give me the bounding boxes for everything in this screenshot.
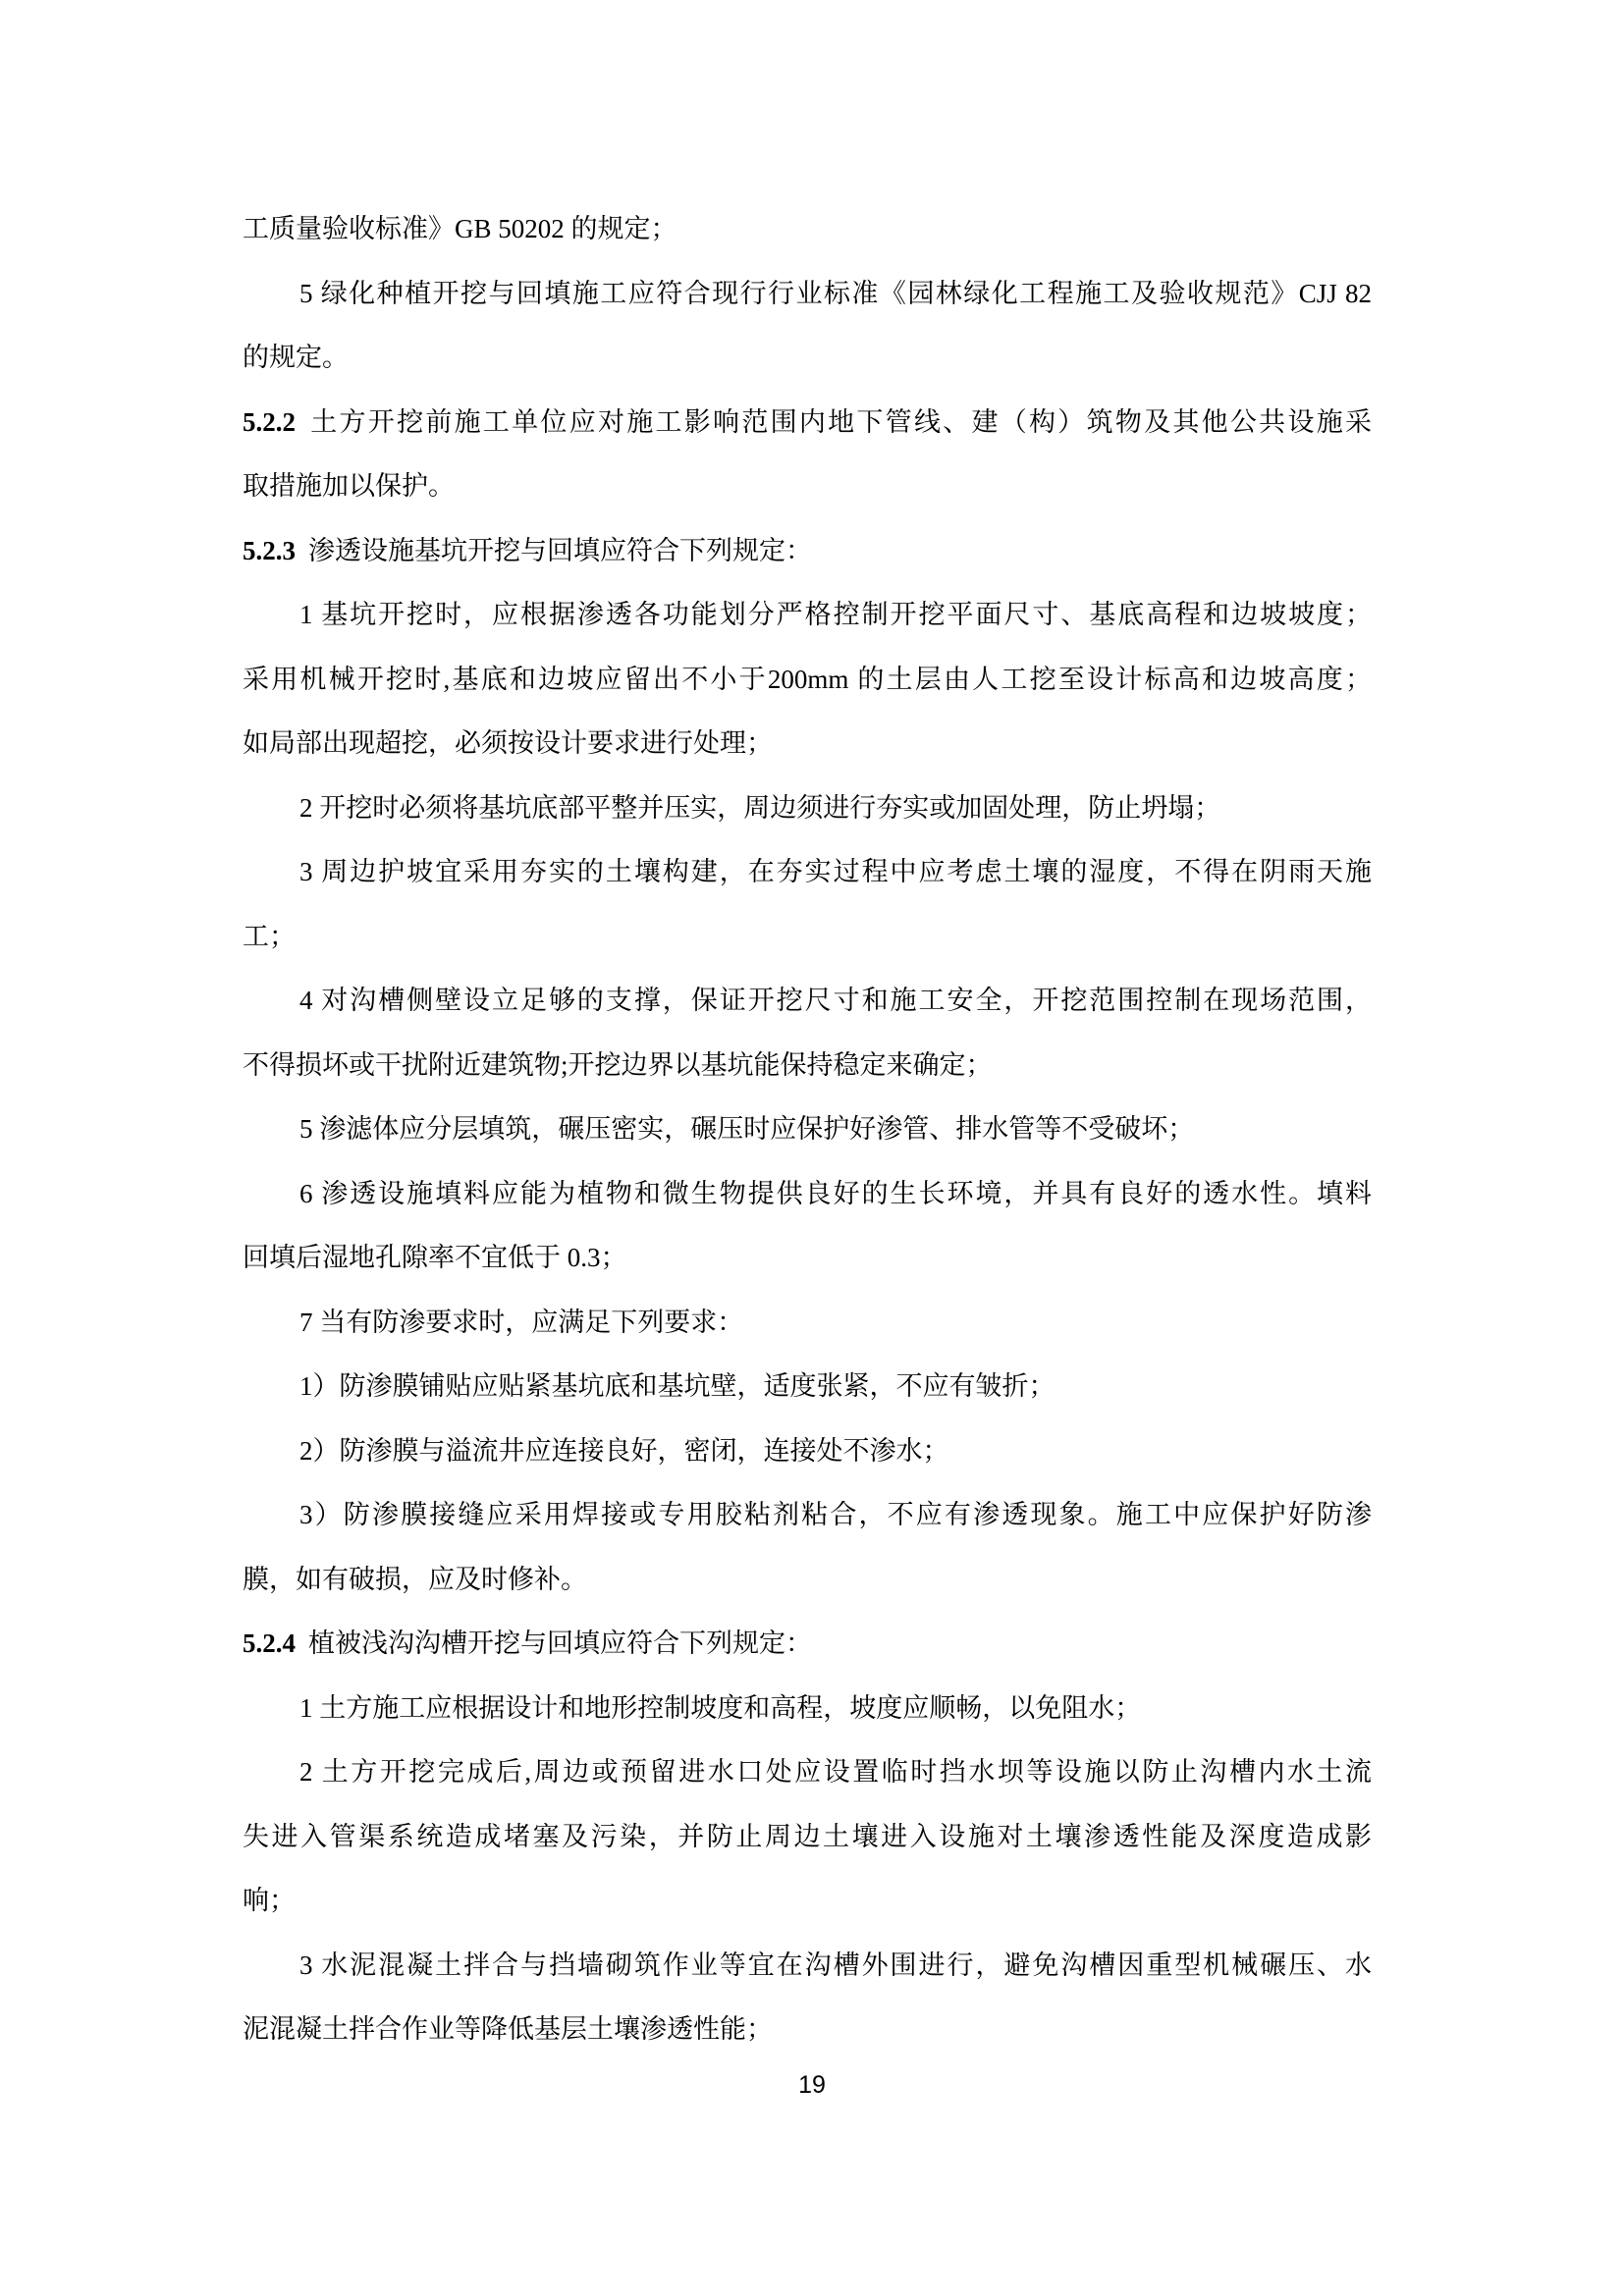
clause-number: 5.2.4 <box>243 1629 296 1658</box>
text-line-9: 如局部出现超挖，必须按设计要求进行处理； <box>243 712 1372 776</box>
text-line-1: 工质量验收标准》GB 50202 的规定； <box>243 197 1372 262</box>
text-line-7: 1 基坑开挖时，应根据渗透各功能划分严格控制开挖平面尺寸、基底高程和边坡坡度； <box>243 583 1372 648</box>
document-page: 工质量验收标准》GB 50202 的规定；5 绿化种植开挖与回填施工应符合现行行… <box>0 0 1624 2296</box>
text-line-16: 6 渗透设施填料应能为植物和微生物提供良好的生长环境，并具有良好的透水性。填料 <box>243 1162 1372 1227</box>
text-line-10: 2 开挖时必须将基坑底部平整并压实，周边须进行夯实或加固处理，防止坍塌； <box>243 776 1372 841</box>
text-line-29: 泥混凝土拌合作业等降低基层土壤渗透性能； <box>243 1998 1372 2062</box>
text-line-15: 5 渗滤体应分层填筑，碾压密实，碾压时应保护好渗管、排水管等不受破坏； <box>243 1097 1372 1162</box>
text-line-27: 响； <box>243 1869 1372 1934</box>
text-line-17: 回填后湿地孔隙率不宜低于 0.3； <box>243 1226 1372 1291</box>
clause-text: 渗透设施基坑开挖与回填应符合下列规定： <box>308 536 812 565</box>
text-line-6: 5.2.3渗透设施基坑开挖与回填应符合下列规定： <box>243 519 1372 584</box>
text-line-19: 1）防渗膜铺贴应贴紧基坑底和基坑壁，适度张紧，不应有皱折； <box>243 1355 1372 1419</box>
text-line-24: 1 土方施工应根据设计和地形控制坡度和高程，坡度应顺畅，以免阻水； <box>243 1677 1372 1741</box>
text-line-8: 采用机械开挖时,基底和边坡应留出不小于200mm 的土层由人工挖至设计标高和边坡… <box>243 648 1372 713</box>
text-line-5: 取措施加以保护。 <box>243 454 1372 519</box>
text-line-20: 2）防渗膜与溢流井应连接良好，密闭，连接处不渗水； <box>243 1419 1372 1484</box>
text-line-3: 的规定。 <box>243 326 1372 391</box>
document-body: 工质量验收标准》GB 50202 的规定；5 绿化种植开挖与回填施工应符合现行行… <box>243 197 1372 2062</box>
text-line-28: 3 水泥混凝土拌合与挡墙砌筑作业等宜在沟槽外围进行，避免沟槽因重型机械碾压、水 <box>243 1934 1372 1999</box>
clause-number: 5.2.3 <box>243 536 296 565</box>
text-line-21: 3）防渗膜接缝应采用焊接或专用胶粘剂粘合，不应有渗透现象。施工中应保护好防渗 <box>243 1483 1372 1548</box>
clause-number: 5.2.2 <box>243 407 296 437</box>
text-line-25: 2 土方开挖完成后,周边或预留进水口处应设置临时挡水坝等设施以防止沟槽内水土流 <box>243 1740 1372 1805</box>
text-line-18: 7 当有防渗要求时，应满足下列要求： <box>243 1291 1372 1356</box>
text-line-26: 失进入管渠系统造成堵塞及污染，并防止周边土壤进入设施对土壤渗透性能及深度造成影 <box>243 1805 1372 1870</box>
text-line-11: 3 周边护坡宜采用夯实的土壤构建，在夯实过程中应考虑土壤的湿度，不得在阴雨天施 <box>243 840 1372 905</box>
clause-text: 土方开挖前施工单位应对施工影响范围内地下管线、建（构）筑物及其他公共设施采 <box>308 407 1372 437</box>
clause-text: 植被浅沟沟槽开挖与回填应符合下列规定： <box>308 1629 812 1658</box>
text-line-14: 不得损坏或干扰附近建筑物;开挖边界以基坑能保持稳定来确定； <box>243 1034 1372 1098</box>
page-number: 19 <box>0 2071 1624 2100</box>
text-line-12: 工； <box>243 905 1372 970</box>
text-line-22: 膜，如有破损，应及时修补。 <box>243 1548 1372 1613</box>
text-line-2: 5 绿化种植开挖与回填施工应符合现行行业标准《园林绿化工程施工及验收规范》CJJ… <box>243 262 1372 327</box>
text-line-23: 5.2.4植被浅沟沟槽开挖与回填应符合下列规定： <box>243 1612 1372 1677</box>
text-line-4: 5.2.2土方开挖前施工单位应对施工影响范围内地下管线、建（构）筑物及其他公共设… <box>243 391 1372 455</box>
text-line-13: 4 对沟槽侧壁设立足够的支撑，保证开挖尺寸和施工安全，开挖范围控制在现场范围， <box>243 969 1372 1034</box>
